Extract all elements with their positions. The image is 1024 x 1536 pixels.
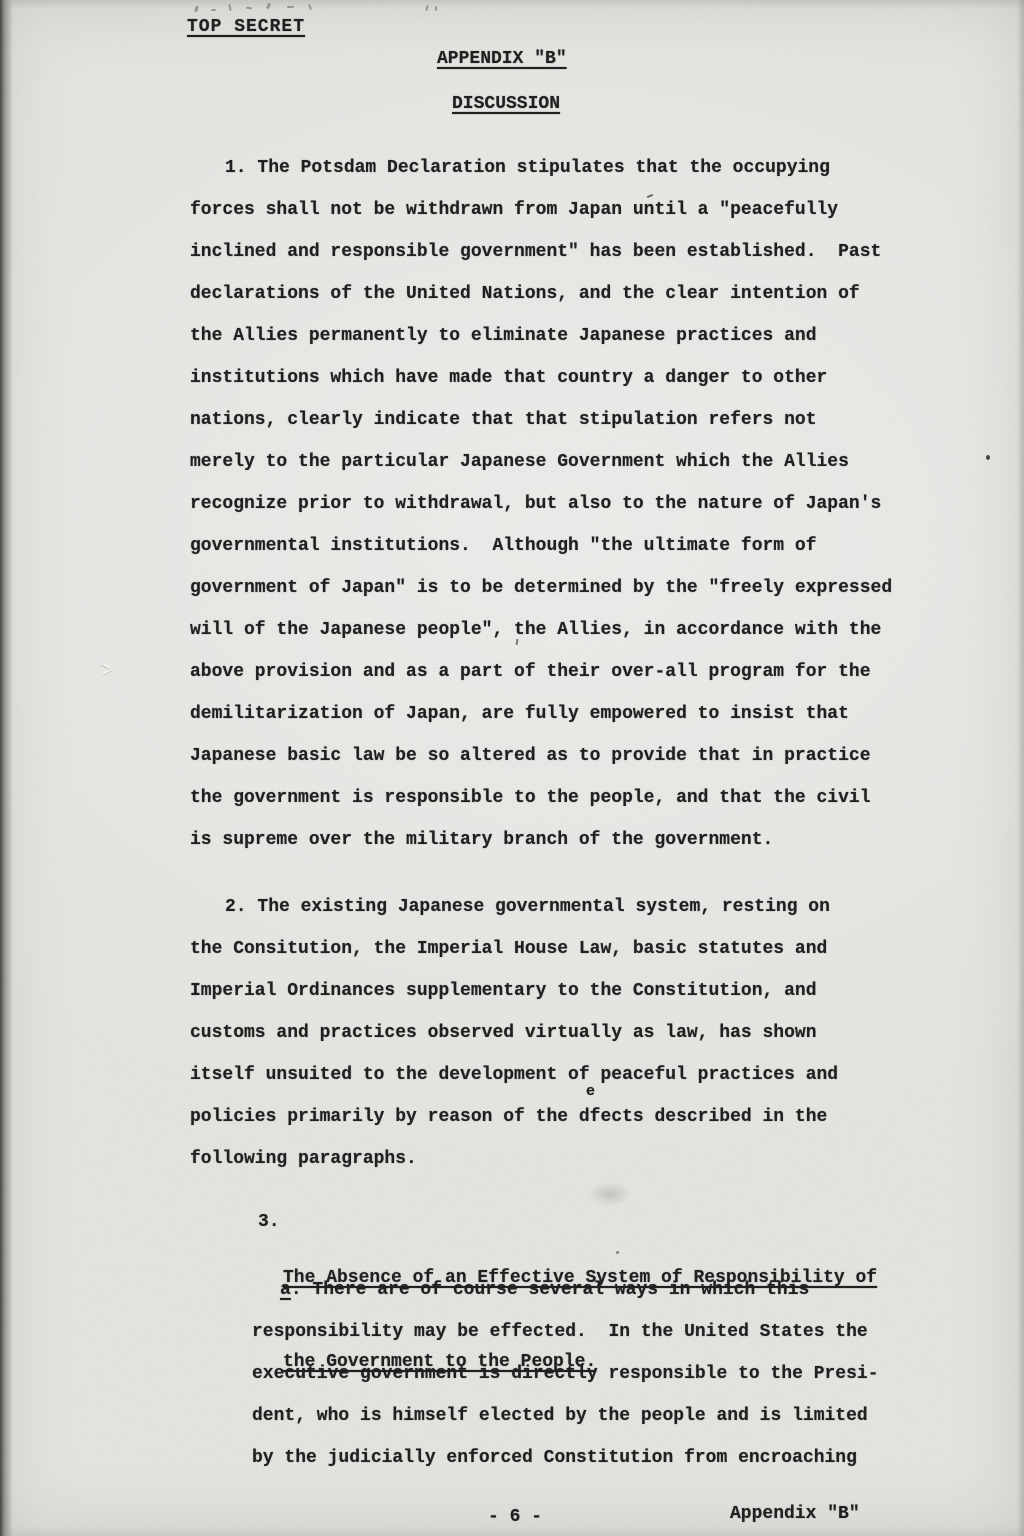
paragraph-2: 2. The existing Japanese governmental sy… [190,886,838,1180]
scan-edge-right [1017,0,1024,1536]
paragraph-3a: a. There are of course several ways in w… [252,1269,879,1479]
footer-appendix-label: Appendix "B" [730,1503,860,1525]
page-number: - 6 - [488,1506,542,1528]
classification-text: TOP SECRET [187,17,305,37]
scan-edge-left [0,0,13,1536]
discussion-title: DISCUSSION [452,93,560,115]
ink-speck [986,455,990,460]
discussion-title-text: DISCUSSION [452,94,560,114]
pencil-marks [183,0,483,16]
paragraph-1: 1. The Potsdam Declaration stipulates th… [190,147,892,861]
embossed-check-mark [100,662,114,678]
classification-stamp: TOP SECRET [187,16,305,38]
paragraph-3a-text: . There are of course several ways in wh… [252,1280,879,1468]
appendix-title: APPENDIX "B" [437,48,567,70]
paragraph-3a-label: a [280,1280,291,1300]
scanned-document-page: TOP SECRET APPENDIX "B" DISCUSSION 1. Th… [0,0,1024,1536]
smudge-mark [588,1182,632,1206]
appendix-title-text: APPENDIX "B" [437,49,567,69]
typed-correction-letter: e [586,1084,595,1099]
